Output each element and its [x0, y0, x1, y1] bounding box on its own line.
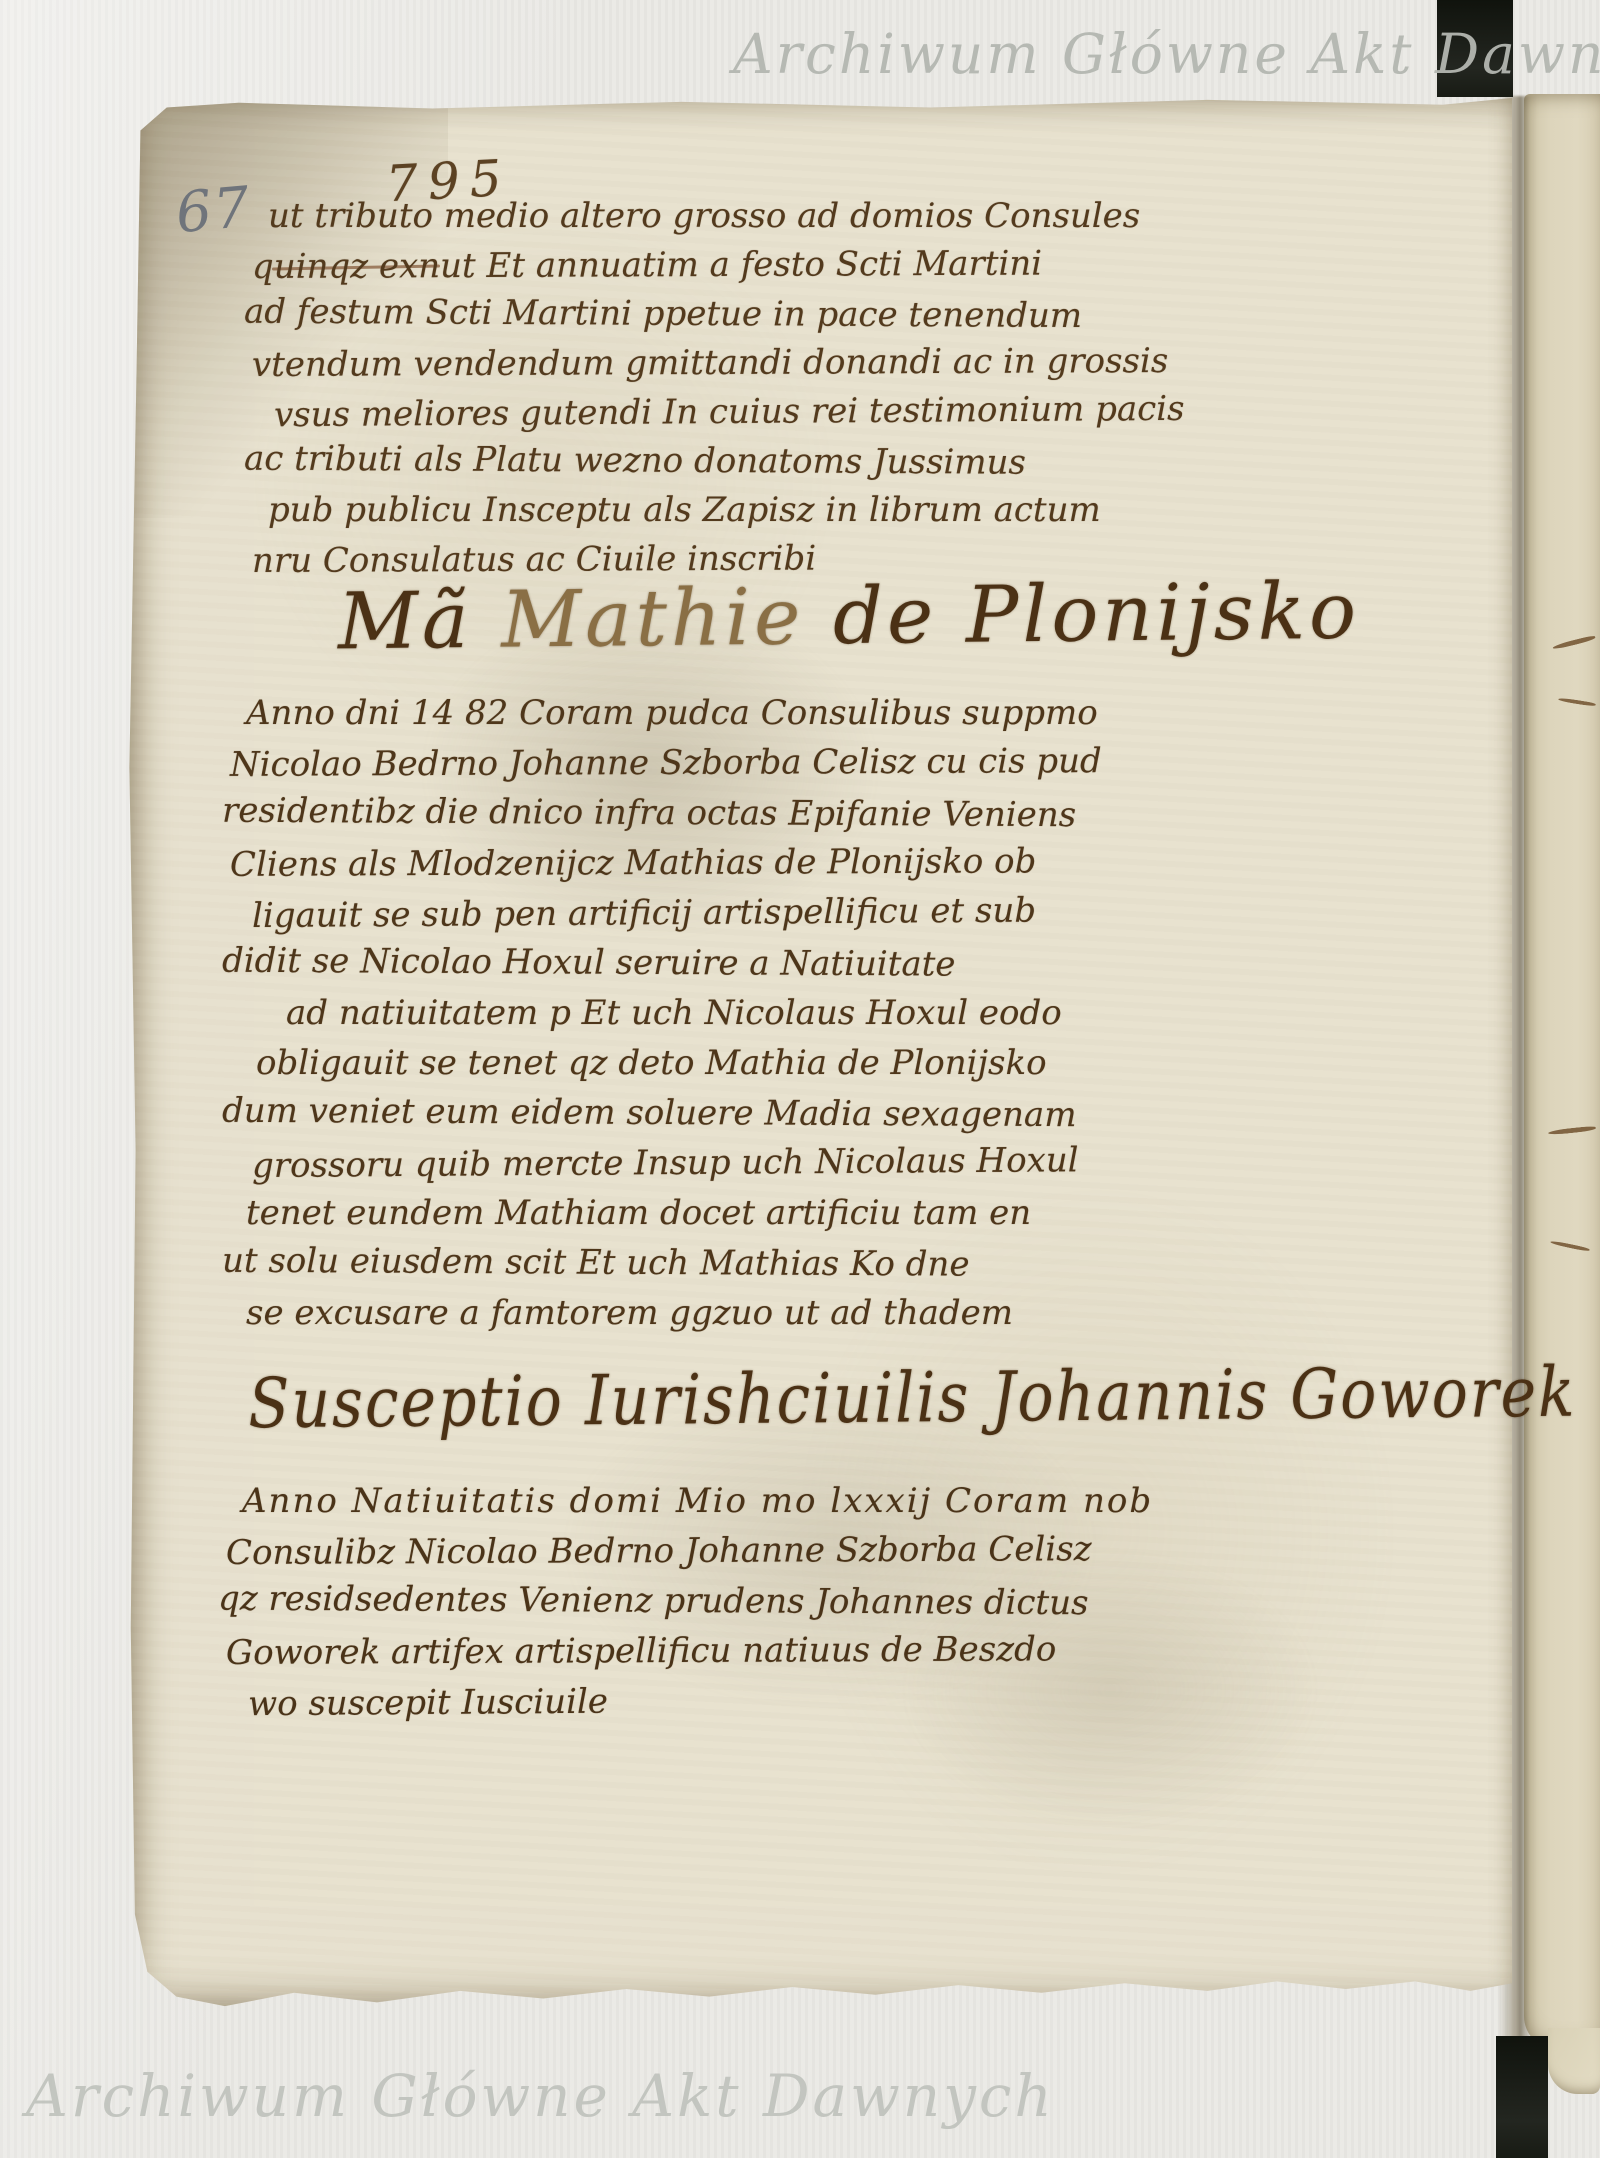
heading1-faded-word: Mathie [501, 572, 805, 665]
manuscript-line: vsus meliores gutendi In cuius rei testi… [274, 385, 1191, 440]
manuscript-line: grossoru quib mercte Insup uch Nicolaus … [252, 1135, 1124, 1191]
manuscript-line: ut solu eiusdem scit Et uch Mathias Ko d… [222, 1236, 1094, 1291]
adjacent-page-corner-curl [1548, 2028, 1600, 2094]
manuscript-line: ad natiuitatem p Et uch Nicolaus Hoxul e… [286, 988, 1158, 1038]
manuscript-line: pub publicu Insceptu als Zapisz in libru… [268, 486, 1184, 535]
manuscript-line: Anno dni 14 82 Coram pudca Consulibus su… [246, 688, 1118, 738]
manuscript-line: ad festum Scti Martini ppetue in pace te… [244, 288, 1161, 342]
heading1-suffix: de Plonijsko [804, 567, 1361, 663]
manuscript-line: Anno Natiuitatis domi Mio mo lxxxij Cora… [242, 1476, 1153, 1526]
folio-number-pencil: 67 [173, 175, 254, 246]
manuscript-line: ligauit se sub pen artificij artispellif… [252, 885, 1124, 941]
manuscript-line: Goworek artifex artispellificu natiuus d… [226, 1624, 1137, 1678]
manuscript-line: obligauit se tenet qz deto Mathia de Plo… [256, 1038, 1128, 1088]
manuscript-line: dum veniet eum eidem soluere Madia sexag… [222, 1086, 1094, 1141]
text-block-1: ut tributo medio altero grosso ad domios… [268, 192, 1184, 584]
archive-watermark-bottom: Archiwum Główne Akt Dawnych [26, 2062, 1055, 2130]
archive-watermark-top: Archiwum Główne Akt Dawnych [733, 22, 1600, 86]
entry-heading-mathie-de-plonijsko: Mã Mathie de Plonijsko [338, 567, 1361, 668]
manuscript-line: Cliens als Mlodzenijcz Mathias de Plonij… [230, 836, 1102, 890]
archive-scan-canvas: Archiwum Główne Akt Dawnych Archiwum Głó… [0, 0, 1600, 2158]
manuscript-line: Nicolao Bedrno Johanne Szborba Celisz cu… [230, 736, 1102, 790]
text-block-2: Anno dni 14 82 Coram pudca Consulibus su… [246, 688, 1118, 1338]
manuscript-line: wo suscepit Iusciuile [248, 1673, 1159, 1729]
heading1-prefix: Mã [338, 576, 502, 668]
manuscript-line: ut tributo medio altero grosso ad domios… [268, 192, 1184, 241]
manuscript-line: se excusare a famtorem ggzuo ut ad thade… [246, 1288, 1118, 1338]
text-block-3: Anno Natiuitatis domi Mio mo lxxxij Cora… [242, 1476, 1153, 1726]
manuscript-line: Consulibz Nicolao Bedrno Johanne Szborba… [226, 1524, 1137, 1578]
manuscript-line: qz residsedentes Venienz prudens Johanne… [218, 1574, 1129, 1629]
manuscript-line: vtendum vendendum gmittandi donandi ac i… [252, 337, 1169, 390]
manuscript-line: residentibz die dnico infra octas Epifan… [222, 786, 1094, 841]
entry-heading-susceptio-iuris-civilis: Susceptio Iurishciuilis Johannis Goworek [248, 1352, 1577, 1444]
manuscript-line: quinqz exnut Et annuatim a festo Scti Ma… [252, 239, 1169, 292]
manuscript-line: didit se Nicolao Hoxul seruire a Natiuit… [222, 936, 1094, 991]
manuscript-line: tenet eundem Mathiam docet artificiu tam… [246, 1188, 1118, 1238]
manuscript-line: ac tributi als Platu wezno donatoms Juss… [244, 435, 1161, 489]
black-binding-strip-bottom [1496, 2036, 1548, 2158]
